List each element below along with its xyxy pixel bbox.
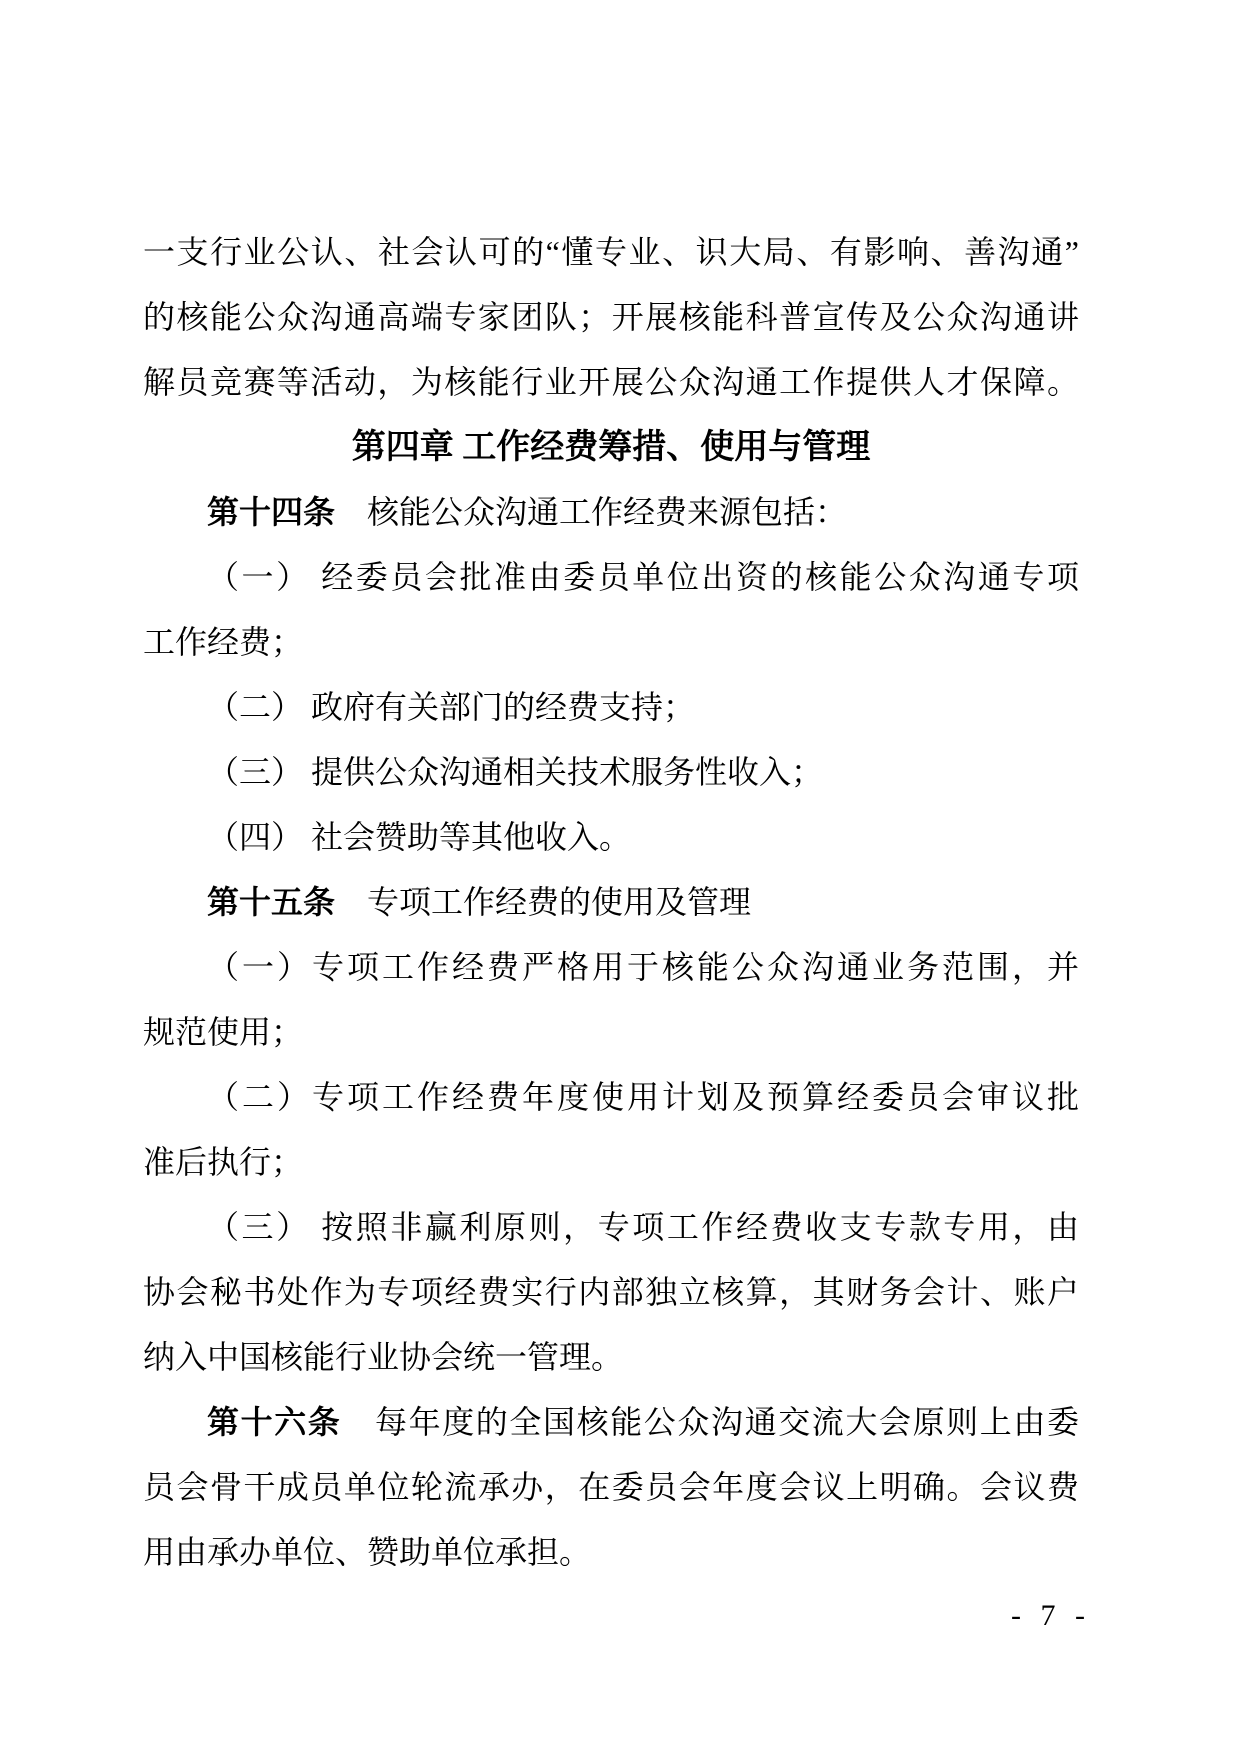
text-line: （三） 提供公众沟通相关技术服务性收入； <box>143 740 1079 805</box>
chapter-heading: 第四章 工作经费筹措、使用与管理 <box>143 415 1079 480</box>
article-number: 第十六条 <box>207 1404 341 1440</box>
article-text: 每年度的全国核能公众沟通交流大会原则上由委 <box>341 1404 1079 1440</box>
article-line: 第十五条 专项工作经费的使用及管理 <box>143 870 1079 935</box>
text-line: 准后执行； <box>143 1130 1079 1195</box>
text-line: 工作经费； <box>143 610 1079 675</box>
article-line: 第十四条 核能公众沟通工作经费来源包括： <box>143 480 1079 545</box>
text-line: 一支行业公认、社会认可的“懂专业、识大局、有影响、善沟通” <box>143 220 1079 285</box>
text-line: 员会骨干成员单位轮流承办，在委员会年度会议上明确。会议费 <box>143 1455 1079 1520</box>
text-line: 协会秘书处作为专项经费实行内部独立核算，其财务会计、账户 <box>143 1260 1079 1325</box>
text-line: 的核能公众沟通高端专家团队；开展核能科普宣传及公众沟通讲 <box>143 285 1079 350</box>
article-number: 第十五条 <box>207 884 335 920</box>
article-text: 核能公众沟通工作经费来源包括： <box>335 494 847 530</box>
document-page: 一支行业公认、社会认可的“懂专业、识大局、有影响、善沟通” 的核能公众沟通高端专… <box>0 0 1241 1754</box>
text-line: 解员竞赛等活动，为核能行业开展公众沟通工作提供人才保障。 <box>143 350 1079 415</box>
document-body: 一支行业公认、社会认可的“懂专业、识大局、有影响、善沟通” 的核能公众沟通高端专… <box>143 220 1079 1585</box>
text-line: （三） 按照非赢利原则，专项工作经费收支专款专用，由 <box>143 1195 1079 1260</box>
text-line: （二）专项工作经费年度使用计划及预算经委员会审议批 <box>143 1065 1079 1130</box>
text-line: 规范使用； <box>143 1000 1079 1065</box>
text-line: （一）专项工作经费严格用于核能公众沟通业务范围，并 <box>143 935 1079 1000</box>
article-line: 第十六条 每年度的全国核能公众沟通交流大会原则上由委 <box>143 1390 1079 1455</box>
text-line: （二） 政府有关部门的经费支持； <box>143 675 1079 740</box>
article-text: 专项工作经费的使用及管理 <box>335 884 751 920</box>
text-line: 纳入中国核能行业协会统一管理。 <box>143 1325 1079 1390</box>
text-line: （一） 经委员会批准由委员单位出资的核能公众沟通专项 <box>143 545 1079 610</box>
text-line: 用由承办单位、赞助单位承担。 <box>143 1520 1079 1585</box>
text-line: （四） 社会赞助等其他收入。 <box>143 805 1079 870</box>
page-number: - 7 - <box>1011 1596 1091 1636</box>
article-number: 第十四条 <box>207 494 335 530</box>
